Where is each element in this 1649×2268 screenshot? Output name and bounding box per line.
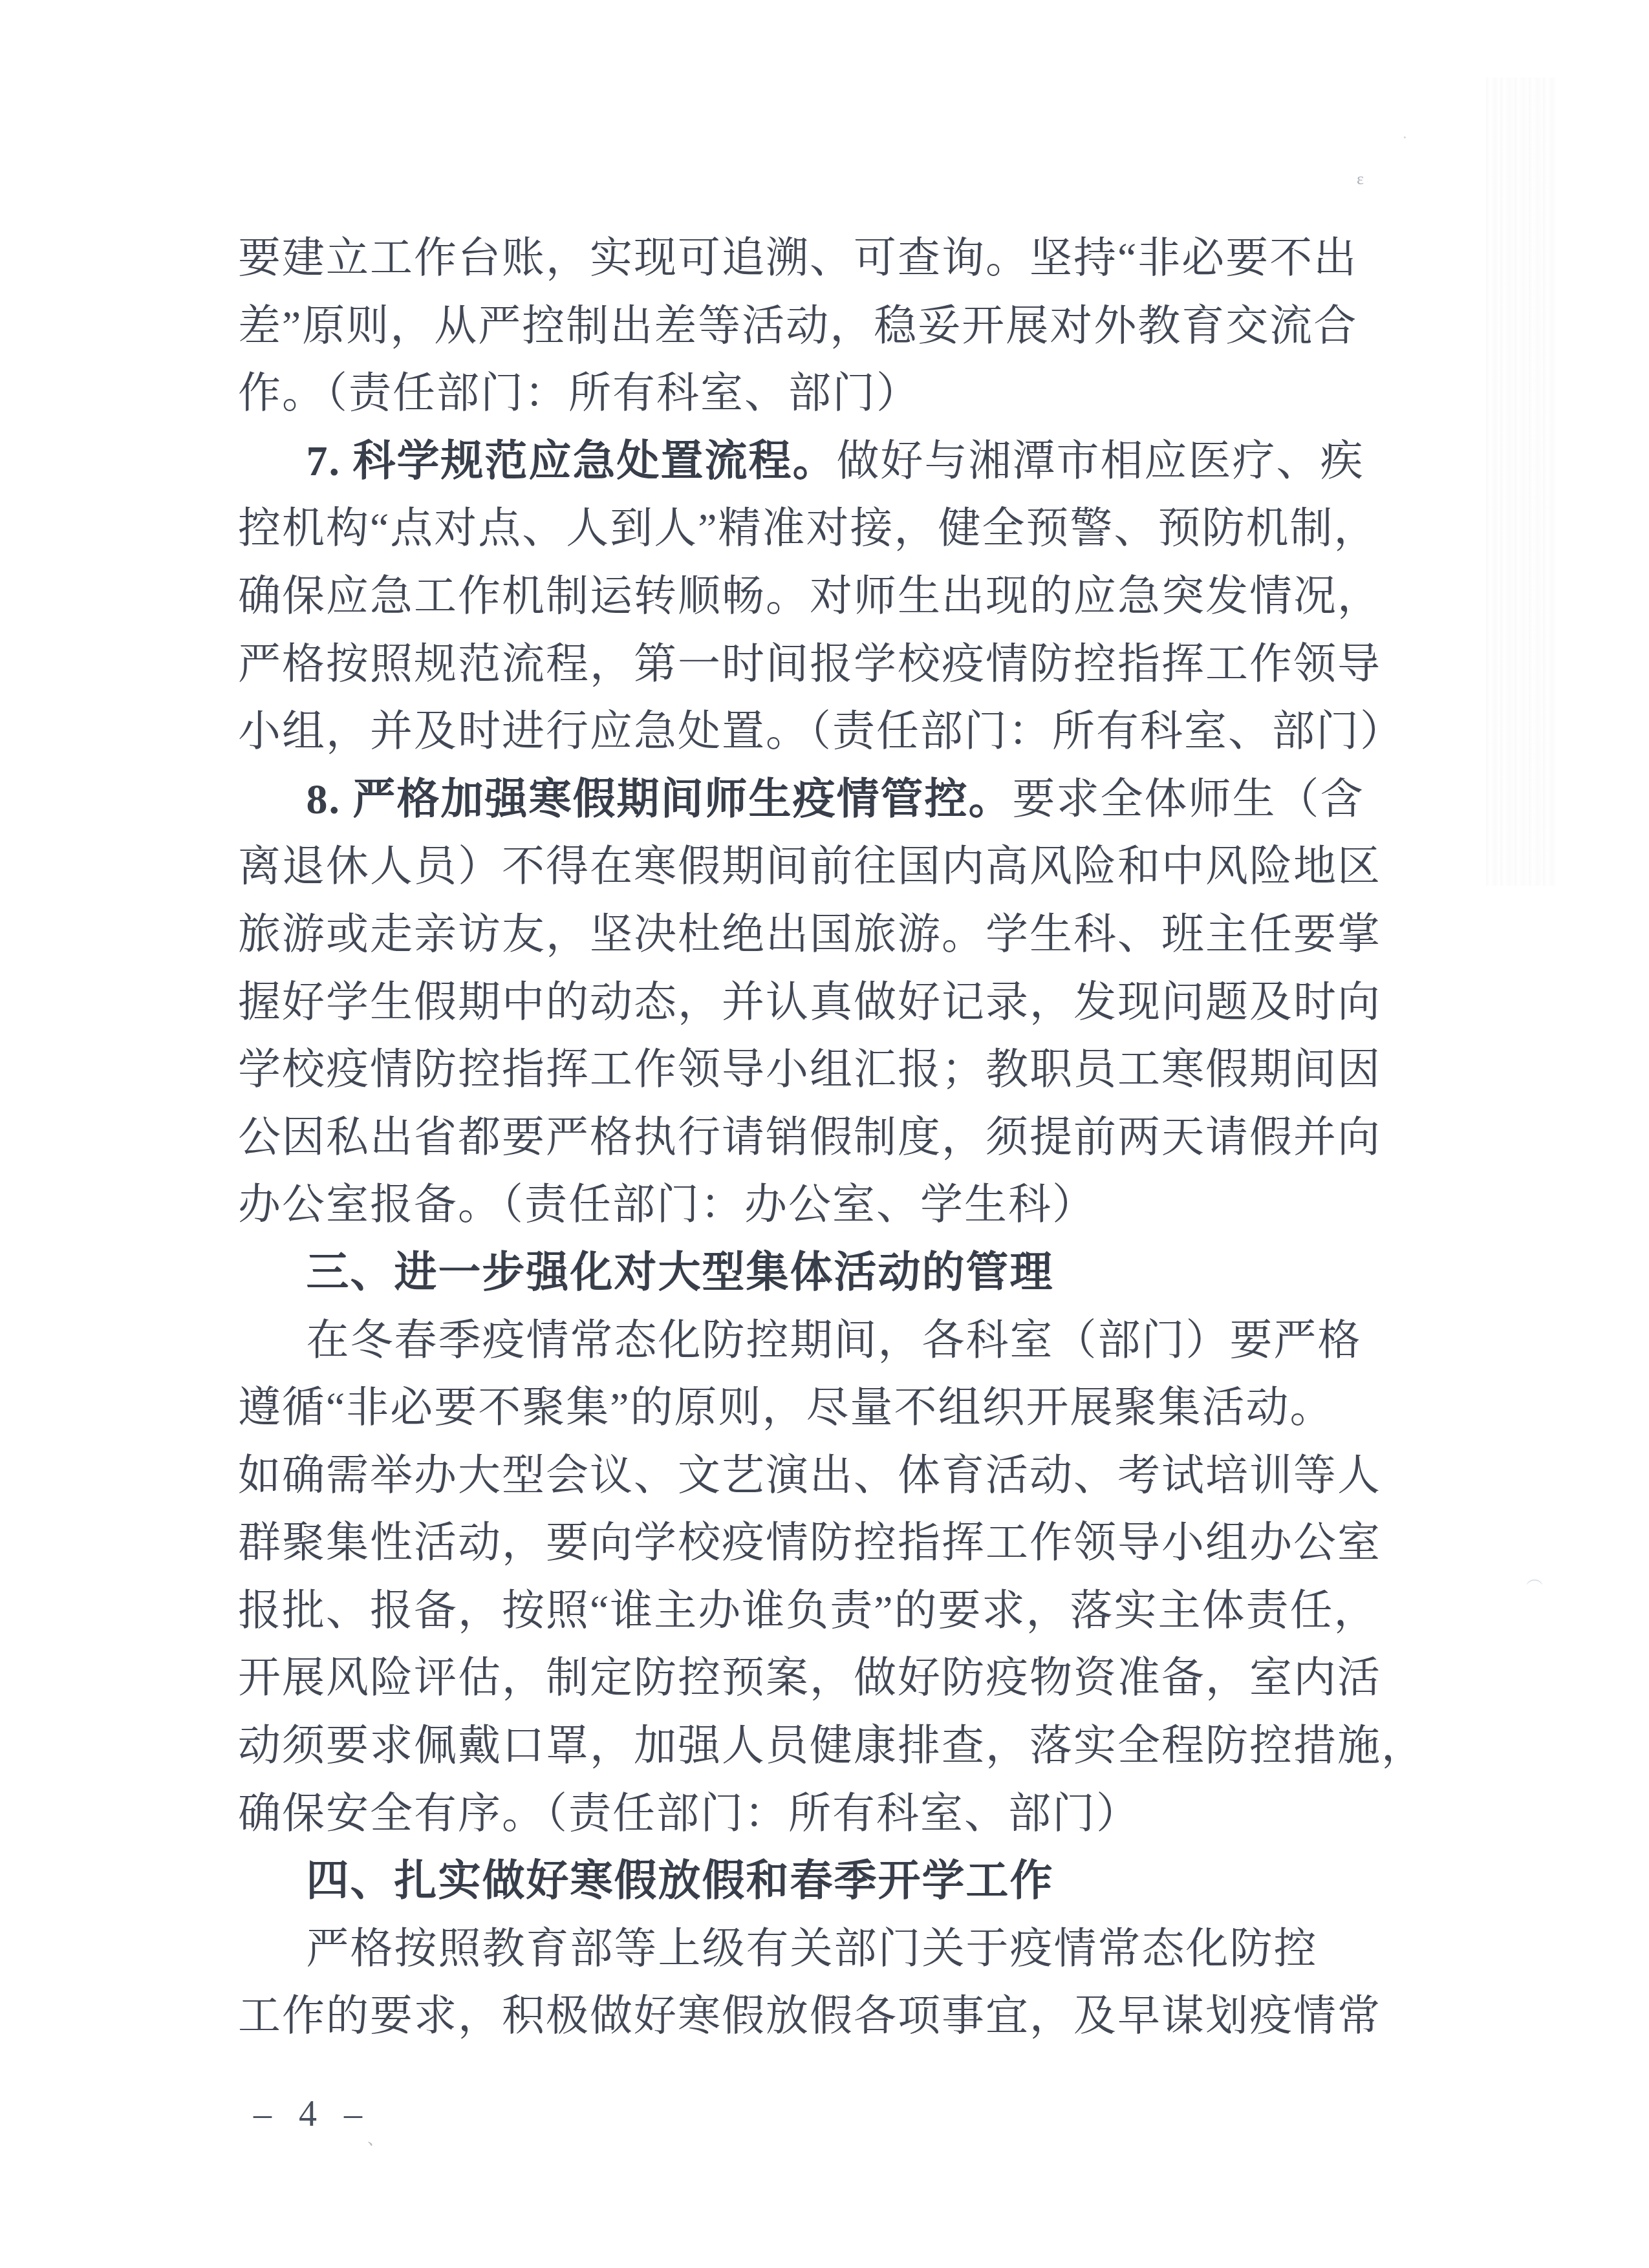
- text-line: 遵循“非必要不聚集”的原则，尽量不组织开展聚集活动。: [238, 1375, 1402, 1442]
- text-run: 严格按照规范流程，第一时间报学校疫情防控指挥工作领导: [238, 641, 1381, 688]
- bold-text-run: 8. 严格加强寒假期间师生疫情管控。: [307, 776, 1013, 823]
- text-run: 离退休人员）不得在寒假期间前往国内高风险和中风险地区: [238, 843, 1381, 890]
- text-line: 办公室报备。（责任部门：办公室、学生科）: [238, 1171, 1402, 1239]
- scan-speck: ︵: [1526, 1565, 1543, 1589]
- text-run: 严格按照教育部等上级有关部门关于疫情常态化防控: [307, 1925, 1318, 1973]
- text-run: 确保安全有序。（责任部门：所有科室、部门）: [238, 1790, 1140, 1837]
- text-run: 在冬春季疫情常态化防控期间，各科室（部门）要严格: [307, 1317, 1362, 1364]
- text-run: 小组，并及时进行应急处置。（责任部门：所有科室、部门）: [238, 708, 1404, 755]
- text-run: 作。（责任部门：所有科室、部门）: [238, 370, 920, 417]
- scan-speck: ·: [1402, 128, 1408, 147]
- text-run: 差”原则，从严控制出差等活动，稳妥开展对外教育交流合: [238, 303, 1357, 350]
- text-run: 旅游或走亲访友，坚决杜绝出国旅游。学生科、班主任要掌: [238, 911, 1381, 958]
- text-run: 公因私出省都要严格执行请销假制度，须提前两天请假并向: [238, 1114, 1381, 1161]
- text-line: 握好学生假期中的动态，并认真做好记录，发现问题及时向: [238, 969, 1402, 1037]
- text-run: 握好学生假期中的动态，并认真做好记录，发现问题及时向: [238, 979, 1381, 1026]
- bold-text-run: 7. 科学规范应急处置流程。: [307, 438, 837, 485]
- text-line: 旅游或走亲访友，坚决杜绝出国旅游。学生科、班主任要掌: [238, 901, 1402, 969]
- text-line: 公因私出省都要严格执行请销假制度，须提前两天请假并向: [238, 1104, 1402, 1172]
- text-line: 报批、报备，按照“谁主办谁负责”的要求，落实主体责任，: [238, 1578, 1402, 1645]
- body-text: 要建立工作台账，实现可追溯、可查询。坚持“非必要不出差”原则，从严控制出差等活动…: [238, 225, 1402, 2051]
- text-line: 确保应急工作机制运转顺畅。对师生出现的应急突发情况，: [238, 563, 1402, 631]
- text-line: 学校疫情防控指挥工作领导小组汇报；教职员工寒假期间因: [238, 1036, 1402, 1104]
- text-line: 7. 科学规范应急处置流程。做好与湘潭市相应医疗、疾: [238, 428, 1402, 496]
- text-run: 遵循“非必要不聚集”的原则，尽量不组织开展聚集活动。: [238, 1384, 1334, 1431]
- text-run: 如确需举办大型会议、文艺演出、体育活动、考试培训等人: [238, 1452, 1381, 1499]
- scan-streak-artifact: [1486, 78, 1557, 886]
- text-run: 开展风险评估，制定防控预案，做好防疫物资准备，室内活: [238, 1654, 1381, 1702]
- text-run: 报批、报备，按照“谁主办谁负责”的要求，落实主体责任，: [238, 1587, 1378, 1634]
- text-run: 办公室报备。（责任部门：办公室、学生科）: [238, 1181, 1096, 1228]
- text-line: 8. 严格加强寒假期间师生疫情管控。要求全体师生（含: [238, 766, 1402, 834]
- text-line: 工作的要求，积极做好寒假放假各项事宜，及早谋划疫情常: [238, 1983, 1402, 2051]
- text-run: 学校疫情防控指挥工作领导小组汇报；教职员工寒假期间因: [238, 1046, 1381, 1093]
- bold-text-run: 三、进一步强化对大型集体活动的管理: [307, 1249, 1054, 1296]
- text-run: 动须要求佩戴口罩，加强人员健康排查，落实全程防控措施，: [238, 1722, 1425, 1770]
- text-line: 群聚集性活动，要向学校疫情防控指挥工作领导小组办公室: [238, 1510, 1402, 1578]
- text-line: 严格按照教育部等上级有关部门关于疫情常态化防控: [238, 1916, 1402, 1984]
- text-line: 三、进一步强化对大型集体活动的管理: [238, 1239, 1402, 1307]
- bold-text-run: 四、扎实做好寒假放假和春季开学工作: [307, 1857, 1054, 1905]
- scan-speck: ε: [1357, 169, 1364, 189]
- text-run: 做好与湘潭市相应医疗、疾: [837, 438, 1364, 485]
- text-line: 在冬春季疫情常态化防控期间，各科室（部门）要严格: [238, 1307, 1402, 1375]
- text-run: 控机构“点对点、人到人”精准对接，健全预警、预防机制，: [238, 505, 1378, 552]
- page-number: – 4 –: [253, 2093, 371, 2135]
- text-line: 差”原则，从严控制出差等活动，稳妥开展对外教育交流合: [238, 293, 1402, 361]
- text-line: 控机构“点对点、人到人”精准对接，健全预警、预防机制，: [238, 495, 1402, 563]
- text-line: 如确需举办大型会议、文艺演出、体育活动、考试培训等人: [238, 1442, 1402, 1510]
- document-page: 要建立工作台账，实现可追溯、可查询。坚持“非必要不出差”原则，从严控制出差等活动…: [0, 0, 1649, 2268]
- text-run: 要建立工作台账，实现可追溯、可查询。坚持“非必要不出: [238, 235, 1357, 282]
- text-line: 严格按照规范流程，第一时间报学校疫情防控指挥工作领导: [238, 631, 1402, 699]
- text-run: 要求全体师生（含: [1013, 776, 1364, 823]
- text-line: 要建立工作台账，实现可追溯、可查询。坚持“非必要不出: [238, 225, 1402, 293]
- text-line: 作。（责任部门：所有科室、部门）: [238, 360, 1402, 428]
- text-line: 四、扎实做好寒假放假和春季开学工作: [238, 1848, 1402, 1916]
- text-run: 确保应急工作机制运转顺畅。对师生出现的应急突发情况，: [238, 573, 1381, 620]
- text-run: 工作的要求，积极做好寒假放假各项事宜，及早谋划疫情常: [238, 1993, 1381, 2040]
- text-line: 离退休人员）不得在寒假期间前往国内高风险和中风险地区: [238, 833, 1402, 901]
- text-run: 群聚集性活动，要向学校疫情防控指挥工作领导小组办公室: [238, 1519, 1381, 1567]
- text-line: 小组，并及时进行应急处置。（责任部门：所有科室、部门）: [238, 698, 1402, 766]
- text-line: 动须要求佩戴口罩，加强人员健康排查，落实全程防控措施，: [238, 1713, 1402, 1781]
- text-line: 开展风险评估，制定防控预案，做好防疫物资准备，室内活: [238, 1645, 1402, 1713]
- text-line: 确保安全有序。（责任部门：所有科室、部门）: [238, 1781, 1402, 1848]
